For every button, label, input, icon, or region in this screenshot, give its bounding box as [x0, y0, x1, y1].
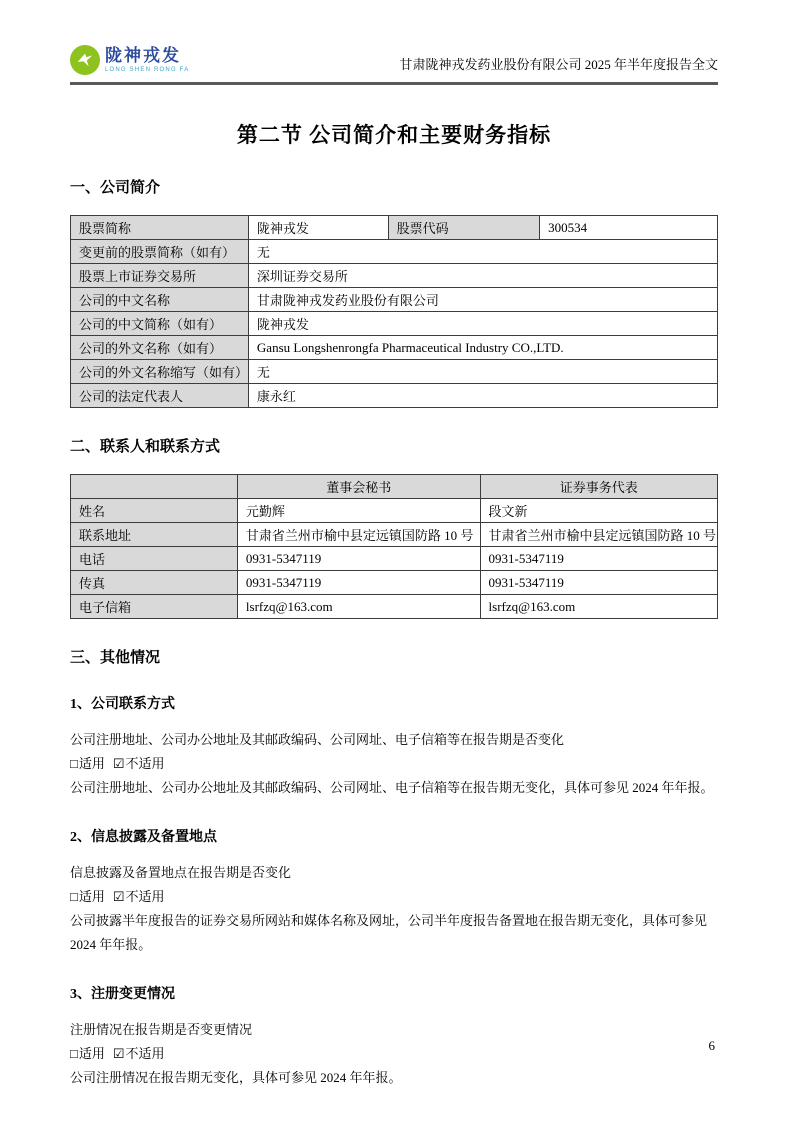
logo-name-cn: 陇神戎发 — [105, 47, 189, 64]
cell-value: 深圳证券交易所 — [248, 264, 717, 288]
cell-representative-value: lsrfzq@163.com — [480, 595, 717, 619]
section2-heading: 二、联系人和联系方式 — [70, 435, 718, 456]
cell-label: 变更前的股票简称（如有） — [71, 240, 249, 264]
table-row: 公司的外文名称（如有） Gansu Longshenrongfa Pharmac… — [71, 336, 718, 360]
cell-label: 公司的外文名称缩写（如有） — [71, 360, 249, 384]
cell-label: 公司的外文名称（如有） — [71, 336, 249, 360]
company-profile-table: 股票简称 陇神戎发 股票代码 300534 变更前的股票简称（如有） 无 股票上… — [70, 215, 718, 408]
company-logo: 陇神戎发 LONG SHEN RONG FA — [70, 45, 189, 75]
logo-text: 陇神戎发 LONG SHEN RONG FA — [105, 47, 189, 73]
subsection3-heading: 3、注册变更情况 — [70, 983, 718, 1003]
table-row: 变更前的股票简称（如有） 无 — [71, 240, 718, 264]
cell-stock-code-label: 股票代码 — [388, 216, 539, 240]
checkbox-unchecked-icon: □ — [70, 1046, 78, 1061]
cell-secretary-header: 董事会秘书 — [237, 475, 480, 499]
cell-secretary-value: 0931-5347119 — [237, 547, 480, 571]
checkbox-checked-icon: ☑ — [113, 1046, 125, 1061]
table-row: 联系地址 甘肃省兰州市榆中县定远镇国防路 10 号 甘肃省兰州市榆中县定远镇国防… — [71, 523, 718, 547]
table-row: 姓名 元勤辉 段文新 — [71, 499, 718, 523]
cell-representative-value: 0931-5347119 — [480, 571, 717, 595]
cell-representative-value: 0931-5347119 — [480, 547, 717, 571]
logo-name-en: LONG SHEN RONG FA — [105, 67, 189, 73]
section3-heading: 三、其他情况 — [70, 646, 718, 667]
cell-secretary-value: 甘肃省兰州市榆中县定远镇国防路 10 号 — [237, 523, 480, 547]
cell-label: 公司的中文名称 — [71, 288, 249, 312]
checkbox-unchecked-icon: □ — [70, 756, 78, 771]
table-row: 董事会秘书 证券事务代表 — [71, 475, 718, 499]
page-number: 6 — [709, 1038, 716, 1054]
page-title: 第二节 公司简介和主要财务指标 — [70, 119, 718, 149]
applicable-label: 适用 — [79, 756, 105, 771]
running-doc-title: 甘肃陇神戎发药业股份有限公司 2025 年半年度报告全文 — [399, 54, 718, 75]
company-logo-icon — [70, 45, 100, 75]
subsection2-question: 信息披露及备置地点在报告期是否变化 — [70, 861, 718, 885]
subsection2-heading: 2、信息披露及备置地点 — [70, 826, 718, 846]
not-applicable-label: 不适用 — [126, 889, 165, 904]
applicable-label: 适用 — [79, 1046, 105, 1061]
checkbox-unchecked-icon: □ — [70, 889, 78, 904]
bird-glyph-icon — [74, 49, 96, 71]
subsection1-question: 公司注册地址、公司办公地址及其邮政编码、公司网址、电子信箱等在报告期是否变化 — [70, 728, 718, 752]
cell-stock-abbr-value: 陇神戎发 — [248, 216, 388, 240]
cell-representative-header: 证券事务代表 — [480, 475, 717, 499]
cell-value: 甘肃陇神戎发药业股份有限公司 — [248, 288, 717, 312]
page-header: 陇神戎发 LONG SHEN RONG FA 甘肃陇神戎发药业股份有限公司 20… — [70, 45, 718, 85]
subsection3-question: 注册情况在报告期是否变更情况 — [70, 1018, 718, 1042]
cell-label: 股票上市证券交易所 — [71, 264, 249, 288]
table-row: 股票上市证券交易所 深圳证券交易所 — [71, 264, 718, 288]
subsection2-applicability: □适用☑不适用 — [70, 885, 718, 909]
cell-secretary-value: 0931-5347119 — [237, 571, 480, 595]
subsection1-answer: 公司注册地址、公司办公地址及其邮政编码、公司网址、电子信箱等在报告期无变化，具体… — [70, 776, 718, 800]
cell-label: 电话 — [71, 547, 238, 571]
table-row: 公司的中文名称 甘肃陇神戎发药业股份有限公司 — [71, 288, 718, 312]
cell-label: 公司的法定代表人 — [71, 384, 249, 408]
applicable-label: 适用 — [79, 889, 105, 904]
table-row: 公司的外文名称缩写（如有） 无 — [71, 360, 718, 384]
cell-value: 无 — [248, 360, 717, 384]
cell-value: 陇神戎发 — [248, 312, 717, 336]
subsection1-heading: 1、公司联系方式 — [70, 693, 718, 713]
cell-value: 康永红 — [248, 384, 717, 408]
cell-secretary-value: 元勤辉 — [237, 499, 480, 523]
cell-label: 电子信箱 — [71, 595, 238, 619]
table-row: 传真 0931-5347119 0931-5347119 — [71, 571, 718, 595]
cell-secretary-value: lsrfzq@163.com — [237, 595, 480, 619]
subsection1-applicability: □适用☑不适用 — [70, 752, 718, 776]
subsection3-answer: 公司注册情况在报告期无变化，具体可参见 2024 年年报。 — [70, 1066, 718, 1090]
cell-label: 联系地址 — [71, 523, 238, 547]
cell-label: 传真 — [71, 571, 238, 595]
cell-stock-code-value: 300534 — [540, 216, 718, 240]
cell-empty-header — [71, 475, 238, 499]
subsection3-applicability: □适用☑不适用 — [70, 1042, 718, 1066]
cell-representative-value: 段文新 — [480, 499, 717, 523]
section1-heading: 一、公司简介 — [70, 176, 718, 197]
checkbox-checked-icon: ☑ — [113, 889, 125, 904]
cell-representative-value: 甘肃省兰州市榆中县定远镇国防路 10 号 — [480, 523, 717, 547]
contacts-table: 董事会秘书 证券事务代表 姓名 元勤辉 段文新 联系地址 甘肃省兰州市榆中县定远… — [70, 474, 718, 619]
cell-stock-abbr-label: 股票简称 — [71, 216, 249, 240]
subsection2-answer: 公司披露半年度报告的证券交易所网站和媒体名称及网址，公司半年度报告备置地在报告期… — [70, 909, 718, 957]
report-page: 陇神戎发 LONG SHEN RONG FA 甘肃陇神戎发药业股份有限公司 20… — [0, 0, 793, 1122]
cell-value: Gansu Longshenrongfa Pharmaceutical Indu… — [248, 336, 717, 360]
table-row: 电子信箱 lsrfzq@163.com lsrfzq@163.com — [71, 595, 718, 619]
not-applicable-label: 不适用 — [126, 1046, 165, 1061]
table-row: 股票简称 陇神戎发 股票代码 300534 — [71, 216, 718, 240]
table-row: 公司的中文简称（如有） 陇神戎发 — [71, 312, 718, 336]
not-applicable-label: 不适用 — [126, 756, 165, 771]
checkbox-checked-icon: ☑ — [113, 756, 125, 771]
cell-label: 公司的中文简称（如有） — [71, 312, 249, 336]
cell-value: 无 — [248, 240, 717, 264]
cell-label: 姓名 — [71, 499, 238, 523]
table-row: 电话 0931-5347119 0931-5347119 — [71, 547, 718, 571]
table-row: 公司的法定代表人 康永红 — [71, 384, 718, 408]
